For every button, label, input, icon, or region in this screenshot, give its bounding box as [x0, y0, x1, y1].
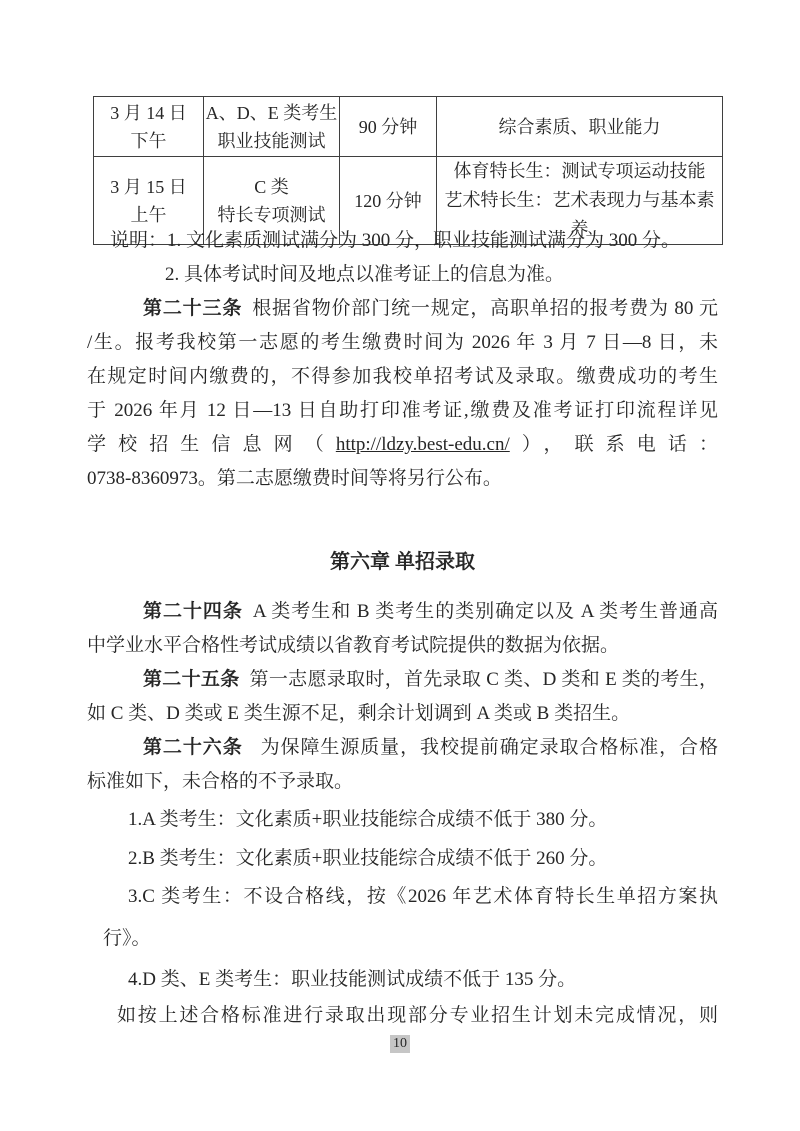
article-23-line-2: /生。报考我校第一志愿的考生缴费时间为 2026 年 3 月 7 日—8 日，未	[87, 326, 718, 360]
article-23-line-6: 0738-8360973。第二志愿缴费时间等将另行公布。	[87, 462, 718, 496]
cell-line: 综合素质、职业能力	[437, 113, 722, 141]
footer: 10	[0, 1034, 800, 1053]
document-page: 3 月 14 日 下午 A、D、E 类考生 职业技能测试 90 分钟 综合素质、…	[0, 0, 800, 1131]
table-row: 3 月 14 日 下午 A、D、E 类考生 职业技能测试 90 分钟 综合素质、…	[94, 97, 723, 157]
article-23-label: 第二十三条	[143, 298, 242, 319]
cell-line: 体育特长生：测试专项运动技能	[437, 157, 722, 186]
article-26-label: 第二十六条	[143, 737, 243, 758]
cell-line: C 类	[204, 173, 339, 201]
page-number: 10	[390, 1035, 410, 1053]
cell-line: 3 月 15 日	[94, 173, 203, 201]
article-25-line-1: 第二十五条第一志愿录取时，首先录取 C 类、D 类和 E 类的考生，	[87, 663, 718, 697]
list-item-2: 2.B 类考生：文化素质+职业技能综合成绩不低于 260 分。	[87, 840, 718, 877]
article-25-label: 第二十五条	[143, 669, 240, 690]
cell-line: A、D、E 类考生	[204, 99, 339, 127]
exam-schedule-table: 3 月 14 日 下午 A、D、E 类考生 职业技能测试 90 分钟 综合素质、…	[93, 96, 723, 245]
article-23-line-5: 学校招生信息网（http://ldzy.best-edu.cn/），联系电话：	[87, 428, 718, 462]
cell-line: 职业技能测试	[204, 127, 339, 155]
article-24-line-2: 中学业水平合格性考试成绩以省教育考试院提供的数据为依据。	[87, 629, 718, 663]
list-item-3-line-2: 行》。	[87, 917, 718, 960]
cell-line: 90 分钟	[340, 113, 436, 141]
table-cell-duration: 90 分钟	[340, 97, 437, 157]
note-line-1: 说明：1. 文化素质测试满分为 300 分，职业技能测试满分为 300 分。	[87, 224, 718, 258]
article-26-line-2: 标准如下，未合格的不予录取。	[87, 765, 718, 799]
list-item-3-line-1: 3.C 类考生：不设合格线，按《2026 年艺术体育特长生单招方案执	[87, 877, 718, 917]
article-23-text: 根据省物价部门统一规定，高职单招的报考费为 80 元	[252, 298, 718, 319]
article-24-line-1: 第二十四条A 类考生和 B 类考生的类别确定以及 A 类考生普通高	[87, 595, 718, 629]
article-26-text: 为保障生源质量，我校提前确定录取合格标准，合格	[261, 737, 718, 758]
cell-line: 120 分钟	[340, 187, 436, 215]
cell-line: 3 月 14 日	[94, 99, 203, 127]
list-item-4: 4.D 类、E 类考生：职业技能测试成绩不低于 135 分。	[87, 960, 718, 999]
cell-line: 下午	[94, 127, 203, 155]
table-cell-date: 3 月 14 日 下午	[94, 97, 204, 157]
website-line-post: ），联系电话：	[510, 434, 718, 455]
article-25-line-2: 如 C 类、D 类或 E 类生源不足，剩余计划调到 A 类或 B 类招生。	[87, 697, 718, 731]
closing-line: 如按上述合格标准进行录取出现部分专业招生计划未完成情况，则	[87, 999, 718, 1033]
article-23-line-3: 在规定时间内缴费的，不得参加我校单招考试及录取。缴费成功的考生	[87, 360, 718, 394]
article-26-line-1: 第二十六条为保障生源质量，我校提前确定录取合格标准，合格	[87, 731, 718, 765]
admissions-website-link[interactable]: http://ldzy.best-edu.cn/	[336, 434, 510, 455]
list-item-1: 1.A 类考生：文化素质+职业技能综合成绩不低于 380 分。	[87, 799, 718, 840]
table-cell-content: 综合素质、职业能力	[437, 97, 723, 157]
article-25-text: 第一志愿录取时，首先录取 C 类、D 类和 E 类的考生，	[250, 669, 718, 690]
table-cell-group: A、D、E 类考生 职业技能测试	[204, 97, 340, 157]
article-24-label: 第二十四条	[143, 601, 243, 622]
note-line-2: 2. 具体考试时间及地点以准考证上的信息为准。	[87, 258, 718, 292]
article-24-text: A 类考生和 B 类考生的类别确定以及 A 类考生普通高	[253, 601, 718, 622]
chapter-heading: 第六章 单招录取	[87, 545, 718, 579]
website-line-pre: 学校招生信息网（	[87, 434, 336, 455]
article-23-line-4: 于 2026 年月 12 日—13 日自助打印准考证,缴费及准考证打印流程详见	[87, 394, 718, 428]
article-23-line-1: 第二十三条根据省物价部门统一规定，高职单招的报考费为 80 元	[87, 292, 718, 326]
body-text: 说明：1. 文化素质测试满分为 300 分，职业技能测试满分为 300 分。 2…	[87, 224, 718, 1033]
